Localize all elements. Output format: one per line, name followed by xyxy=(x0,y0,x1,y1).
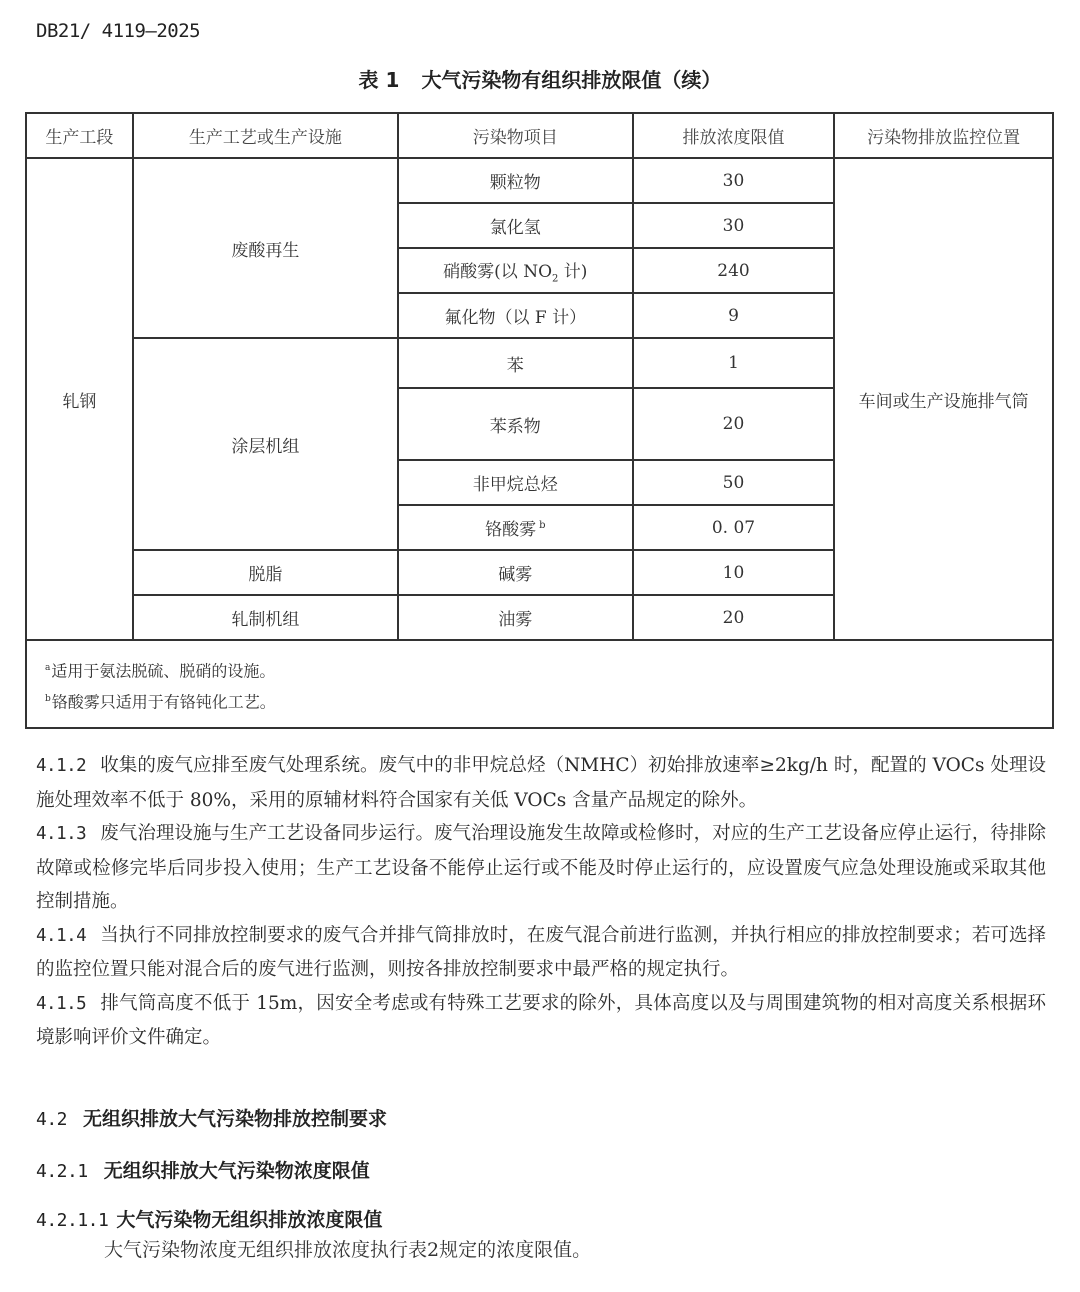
clause-text: 废气治理设施与生产工艺设备同步运行。废气治理设施发生故障或检修时，对应的生产工艺… xyxy=(36,823,1046,912)
table-title-text: 大气污染物有组织排放限值（续） xyxy=(421,68,721,92)
footnote-text: 适用于氨法脱硫、脱硝的设施。 xyxy=(51,661,275,680)
column-header: 生产工段 xyxy=(26,113,133,158)
section-cell: 轧钢 xyxy=(26,158,133,640)
pollutant-cell: 碱雾 xyxy=(398,550,633,595)
limit-cell: 20 xyxy=(633,595,835,640)
table-header-row: 生产工段 生产工艺或生产设施 污染物项目 排放浓度限值 污染物排放监控位置 xyxy=(26,113,1053,158)
clause-4-1-5: 4.1.5排气筒高度不低于 15m，因安全考虑或有特殊工艺要求的除外，具体高度以… xyxy=(36,987,1046,1055)
clause-number: 4.1.3 xyxy=(36,824,86,844)
pollutant-cell: 油雾 xyxy=(398,595,633,640)
footnotes-cell: a适用于氨法脱硫、脱硝的设施。 b铬酸雾只适用于有铬钝化工艺。 xyxy=(26,640,1053,728)
pollutant-cell: 苯 xyxy=(398,338,633,388)
document-id: DB21/ 4119—2025 xyxy=(36,20,200,42)
clauses-block: 4.1.2收集的废气应排至废气处理系统。废气中的非甲烷总烃（NMHC）初始排放速… xyxy=(36,749,1046,1055)
pollutant-cell: 氟化物（以 F 计） xyxy=(398,293,633,338)
monitor-location-cell: 车间或生产设施排气筒 xyxy=(834,158,1053,640)
clause-text: 当执行不同排放控制要求的废气合并排气筒排放时，在废气混合前进行监测，并执行相应的… xyxy=(36,925,1046,981)
footnote-text: 铬酸雾只适用于有铬钝化工艺。 xyxy=(52,692,276,711)
limit-cell: 0. 07 xyxy=(633,505,835,550)
heading-text: 无组织排放大气污染物排放控制要求 xyxy=(83,1108,387,1130)
heading-4-2-1-1: 4.2.1.1大气污染物无组织排放浓度限值 xyxy=(36,1205,382,1232)
table-title: 表 1大气污染物有组织排放限值（续） xyxy=(0,64,1080,93)
clause-text: 排气筒高度不低于 15m，因安全考虑或有特殊工艺要求的除外，具体高度以及与周围建… xyxy=(36,993,1046,1049)
clause-4-1-2: 4.1.2收集的废气应排至废气处理系统。废气中的非甲烷总烃（NMHC）初始排放速… xyxy=(36,749,1046,817)
pollutant-cell: 非甲烷总烃 xyxy=(398,460,633,505)
clause-number: 4.1.2 xyxy=(36,756,86,776)
pollutant-cell: 苯系物 xyxy=(398,388,633,460)
column-header: 污染物排放监控位置 xyxy=(834,113,1053,158)
table-row: 轧钢 废酸再生 颗粒物 30 车间或生产设施排气筒 xyxy=(26,158,1053,203)
column-header: 排放浓度限值 xyxy=(633,113,835,158)
footnote-mark: a xyxy=(45,663,50,673)
pollutant-text: 铬酸雾 xyxy=(485,520,536,540)
process-cell: 脱脂 xyxy=(133,550,398,595)
pollutant-text: 硝酸雾(以 NO xyxy=(443,262,552,282)
limit-cell: 30 xyxy=(633,158,835,203)
footnote-marker: b xyxy=(539,520,545,531)
table-number: 表 1 xyxy=(359,68,400,92)
final-paragraph: 大气污染物浓度无组织排放浓度执行表2规定的浓度限值。 xyxy=(104,1235,591,1262)
clause-text: 收集的废气应排至废气处理系统。废气中的非甲烷总烃（NMHC）初始排放速率≥2kg… xyxy=(36,755,1046,811)
clause-4-1-4: 4.1.4当执行不同排放控制要求的废气合并排气筒排放时，在废气混合前进行监测，并… xyxy=(36,919,1046,987)
heading-text: 大气污染物无组织排放浓度限值 xyxy=(116,1209,382,1231)
footnote: a适用于氨法脱硫、脱硝的设施。 xyxy=(45,641,1052,684)
limit-cell: 9 xyxy=(633,293,835,338)
limit-cell: 20 xyxy=(633,388,835,460)
heading-4-2: 4.2无组织排放大气污染物排放控制要求 xyxy=(36,1104,387,1131)
limit-cell: 30 xyxy=(633,203,835,248)
footnote-row: a适用于氨法脱硫、脱硝的设施。 b铬酸雾只适用于有铬钝化工艺。 xyxy=(26,640,1053,728)
clause-4-1-3: 4.1.3废气治理设施与生产工艺设备同步运行。废气治理设施发生故障或检修时，对应… xyxy=(36,817,1046,919)
process-cell: 轧制机组 xyxy=(133,595,398,640)
pollutant-text: 计) xyxy=(558,262,587,282)
heading-number: 4.2 xyxy=(36,1109,67,1130)
pollutant-cell: 铬酸雾b xyxy=(398,505,633,550)
heading-number: 4.2.1.1 xyxy=(36,1210,108,1231)
column-header: 生产工艺或生产设施 xyxy=(133,113,398,158)
process-cell: 涂层机组 xyxy=(133,338,398,550)
pollutant-cell: 颗粒物 xyxy=(398,158,633,203)
pollutant-cell: 硝酸雾(以 NO2 计) xyxy=(398,248,633,293)
process-cell: 废酸再生 xyxy=(133,158,398,338)
clause-number: 4.1.5 xyxy=(36,994,86,1014)
pollutant-cell: 氯化氢 xyxy=(398,203,633,248)
footnote: b铬酸雾只适用于有铬钝化工艺。 xyxy=(45,684,1052,727)
heading-number: 4.2.1 xyxy=(36,1161,88,1182)
emission-limits-table: 生产工段 生产工艺或生产设施 污染物项目 排放浓度限值 污染物排放监控位置 轧钢… xyxy=(25,112,1054,729)
heading-4-2-1: 4.2.1无组织排放大气污染物浓度限值 xyxy=(36,1156,370,1183)
clause-number: 4.1.4 xyxy=(36,926,86,946)
limit-cell: 240 xyxy=(633,248,835,293)
footnote-mark: b xyxy=(45,694,51,704)
limit-cell: 10 xyxy=(633,550,835,595)
limit-cell: 1 xyxy=(633,338,835,388)
heading-text: 无组织排放大气污染物浓度限值 xyxy=(104,1160,370,1182)
column-header: 污染物项目 xyxy=(398,113,633,158)
limit-cell: 50 xyxy=(633,460,835,505)
